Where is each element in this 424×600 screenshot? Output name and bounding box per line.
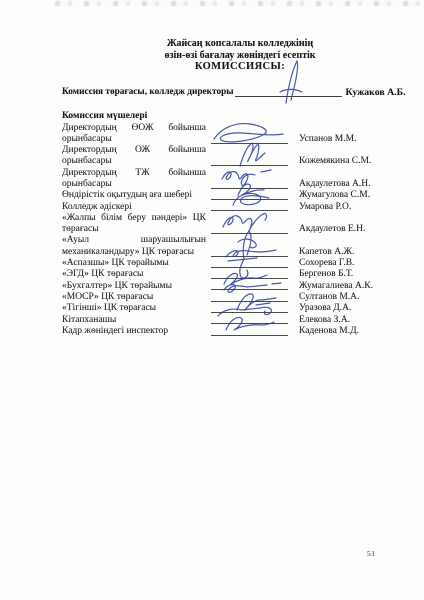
signature-icon xyxy=(269,57,309,105)
members-header: Комиссия мүшелері xyxy=(62,111,147,122)
member-label-line: орынбасары xyxy=(62,134,206,145)
page-number: 51 xyxy=(367,549,376,558)
title-line: өзін-өзі бағалау жөніндегі есептік xyxy=(100,50,380,62)
member-name: Успанов М.М. xyxy=(299,134,356,145)
member-role-label: «МОСР» ЦК төрағасы xyxy=(62,292,206,303)
member-name: Каденова М.Д. xyxy=(299,326,359,337)
member-name: Акдаулетова А.Н. xyxy=(299,179,371,190)
member-name: Сохорева Г.В. xyxy=(299,258,354,269)
member-label-line: Кадр жөніндегі инспектор xyxy=(62,326,206,337)
chairman-name: Кужаков А.Б. xyxy=(346,87,406,98)
member-name: Капетов А.Ж. xyxy=(299,247,354,258)
member-name: Кожемякина С.М. xyxy=(299,156,371,167)
member-label-line: Кітапханашы xyxy=(62,315,206,326)
members-list: Директордың ӨОЖ бойыншаорынбасарыУспанов… xyxy=(62,123,412,338)
member-name: Елекова З.А. xyxy=(299,315,350,326)
title-line: Жайсаң копсалалы колледжінің xyxy=(100,38,380,50)
member-name: Акдаулетов Е.Н. xyxy=(299,224,365,235)
member-label-line: Директордың ОЖ бойынша xyxy=(62,145,206,156)
member-role-label: Өндірістік оқытудың аға шебері xyxy=(62,190,206,201)
member-role-label: Директордың ӨОЖ бойыншаорынбасары xyxy=(62,123,206,146)
member-name: Жумагалиева А.К. xyxy=(299,281,373,292)
member-label-line: «Жалпы білім беру пәндері» ЦК xyxy=(62,213,206,224)
member-label-line: «МОСР» ЦК төрағасы xyxy=(62,292,206,303)
member-label-line: «Тігінші» ЦК төрағасы xyxy=(62,303,206,314)
member-label-line: төрағасы xyxy=(62,224,206,235)
scan-artifact xyxy=(55,1,422,6)
member-role-label: «Тігінші» ЦК төрағасы xyxy=(62,303,206,314)
member-row: Кадр жөніндегі инспекторКаденова М.Д. xyxy=(62,326,412,337)
member-label-line: «Ауыл шаруашылығын xyxy=(62,235,206,246)
member-name: Уразова Д.А. xyxy=(299,303,351,314)
member-label-line: «ЭГД» ЦК төрағасы xyxy=(62,269,206,280)
signature-line xyxy=(211,326,288,336)
member-label-line: механикаландыру» ЦК төрағасы xyxy=(62,247,206,258)
member-role-label: «Бухгалтер» ЦК төрайымы xyxy=(62,281,206,292)
member-role-label: Директордың ТЖ бойыншаорынбасары xyxy=(62,168,206,191)
member-label-line: орынбасары xyxy=(62,179,206,190)
member-label-line: Колледж әдіскері xyxy=(62,202,206,213)
member-label-line: Директордың ТЖ бойынша xyxy=(62,168,206,179)
member-name: Умарова Р.О. xyxy=(299,202,351,213)
signature-icon xyxy=(211,307,288,341)
member-label-line: «Бухгалтер» ЦК төрайымы xyxy=(62,281,206,292)
chairman-row: Комиссия төрағасы, колледж директоры Куж… xyxy=(62,86,422,99)
title-line: КОМИССИЯСЫ: xyxy=(100,61,380,73)
member-name: Жумагулова С.М. xyxy=(299,190,370,201)
member-role-label: Директордың ОЖ бойыншаорынбасары xyxy=(62,145,206,168)
member-role-label: «Аспазшы» ЦК төрайымы xyxy=(62,258,206,269)
chairman-role-label: Комиссия төрағасы, колледж директоры xyxy=(62,87,234,98)
member-name: Султанов М.А. xyxy=(299,292,359,303)
member-label-line: «Аспазшы» ЦК төрайымы xyxy=(62,258,206,269)
member-label-line: Директордың ӨОЖ бойынша xyxy=(62,123,206,134)
member-role-label: «Жалпы білім беру пәндері» ЦКтөрағасы xyxy=(62,213,206,236)
member-name: Бергенов Б.Т. xyxy=(299,269,353,280)
member-role-label: Кадр жөніндегі инспектор xyxy=(62,326,206,337)
member-label-line: Өндірістік оқытудың аға шебері xyxy=(62,190,206,201)
signature-line xyxy=(235,86,342,97)
member-role-label: «Ауыл шаруашылығынмеханикаландыру» ЦК тө… xyxy=(62,235,206,258)
document-page: Жайсаң копсалалы колледжінің өзін-өзі ба… xyxy=(0,0,424,600)
member-label-line: орынбасары xyxy=(62,156,206,167)
member-role-label: Колледж әдіскері xyxy=(62,202,206,213)
member-role-label: «ЭГД» ЦК төрағасы xyxy=(62,269,206,280)
member-role-label: Кітапханашы xyxy=(62,315,206,326)
document-title: Жайсаң копсалалы колледжінің өзін-өзі ба… xyxy=(100,38,380,73)
